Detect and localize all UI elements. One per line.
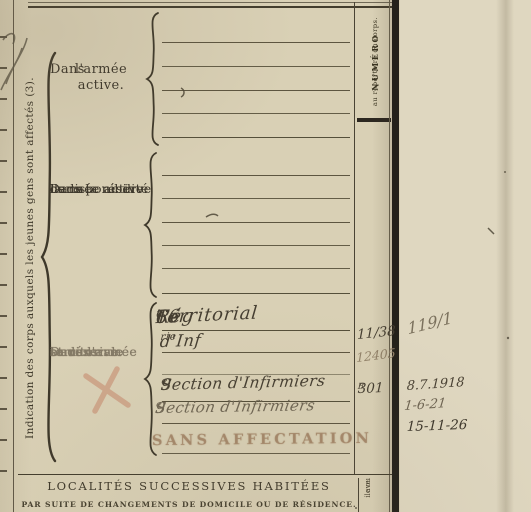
red-cross-mark bbox=[86, 369, 128, 411]
register-page-scan: Indication des corps auxquels les jeunes… bbox=[0, 0, 531, 512]
margin-annotation-date-1926: 15-11-26 bbox=[406, 417, 467, 435]
localites-subtitle: PAR SUITE DE CHANGEMENTS DE DOMICILE OU … bbox=[18, 500, 360, 509]
handwriting-flourish bbox=[1, 34, 27, 90]
sans-affectation-stamp: SANS AFFECTATION bbox=[152, 430, 364, 449]
binding-shadow bbox=[372, 0, 392, 512]
paper-crease bbox=[496, 0, 514, 512]
margin-annotation-date-1921: 1-6-21 bbox=[403, 396, 446, 414]
localites-title: LOCALITÉS SUCCESSIVES HABITÉES bbox=[18, 479, 360, 493]
stray-ink-marks bbox=[181, 88, 494, 234]
